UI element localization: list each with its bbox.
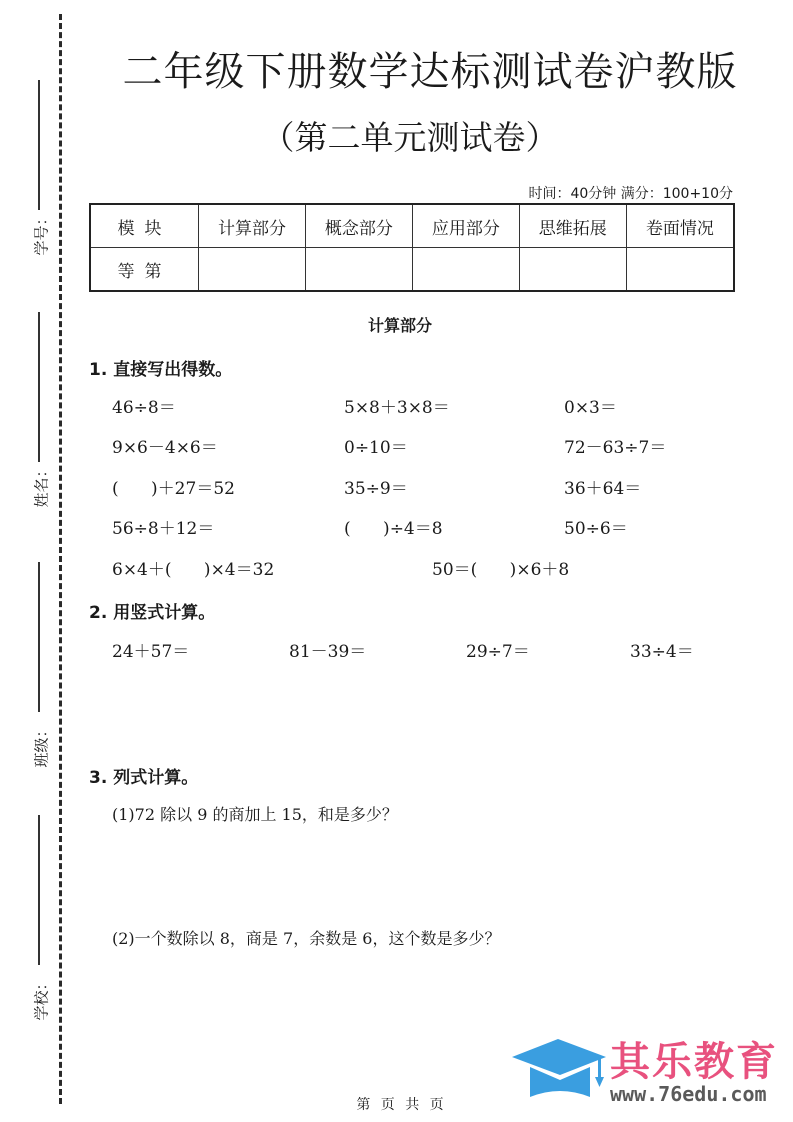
page-subtitle: （第二单元测试卷） [80,112,740,159]
page-number: 第 页 共 页 [300,1094,500,1114]
q1-item: 0÷10＝ [344,433,408,458]
grade-cell-calculation[interactable] [199,248,306,292]
q1-item: ( )＋27＝52 [112,474,235,499]
brand-url: www.76edu.com [610,1082,767,1106]
school-label: 学校： [31,991,52,1021]
grade-cell-thinking[interactable] [519,248,626,292]
q2-item: 33÷4＝ [630,637,694,662]
question-2-heading: 2. 用竖式计算。 [89,598,215,623]
q2-item: 29÷7＝ [466,637,530,662]
graduation-cap-icon [510,1035,610,1110]
header-calculation: 计算部分 [199,204,306,248]
q3-item-2: (2)一个数除以 8，商是 7，余数是 6，这个数是多少？ [112,926,500,949]
q1-item: 46÷8＝ [112,393,176,418]
school-blank[interactable] [38,815,40,965]
header-application: 应用部分 [412,204,519,248]
grade-cell-application[interactable] [412,248,519,292]
header-neatness: 卷面情况 [626,204,734,248]
page-title: 二年级下册数学达标测试卷沪教版 [80,40,780,97]
grade-cell-neatness[interactable] [626,248,734,292]
student-id-blank[interactable] [38,80,40,210]
section-title: 计算部分 [80,313,720,336]
class-field[interactable]: 班级： [22,562,52,782]
score-table-header-row: 模块 计算部分 概念部分 应用部分 思维拓展 卷面情况 [90,204,734,248]
header-concept: 概念部分 [305,204,412,248]
header-thinking: 思维拓展 [519,204,626,248]
q2-item: 81－39＝ [289,637,366,662]
question-1-heading: 1. 直接写出得数。 [89,355,232,380]
name-label: 姓名： [31,478,52,508]
score-table: 模块 计算部分 概念部分 应用部分 思维拓展 卷面情况 等第 [89,203,735,292]
class-blank[interactable] [38,562,40,712]
q1-item: 5×8＋3×8＝ [344,393,450,418]
q1-item: 56÷8＋12＝ [112,514,214,539]
q1-item: ( )÷4＝8 [344,514,443,539]
score-table-grade-row: 等第 [90,248,734,292]
student-id-field[interactable]: 学号： [22,80,52,280]
q1-item: 6×4＋( )×4＝32 [112,555,274,580]
student-id-label: 学号： [31,226,52,256]
q2-item: 24＋57＝ [112,637,189,662]
q1-item: 36＋64＝ [564,474,641,499]
name-blank[interactable] [38,312,40,462]
name-field[interactable]: 姓名： [22,312,52,512]
q3-item-1: (1)72 除以 9 的商加上 15，和是多少？ [112,802,398,825]
q1-item: 9×6－4×6＝ [112,433,218,458]
q1-item: 0×3＝ [564,393,617,418]
brand-logo: 其乐教育 www.76edu.com [510,1030,790,1115]
q1-item: 50÷6＝ [564,514,628,539]
module-label: 模块 [90,204,199,248]
cut-line [59,14,62,1104]
q1-item: 35÷9＝ [344,474,408,499]
exam-meta: 时间：40分钟 满分：100+10分 [528,183,733,203]
school-field[interactable]: 学校： [22,815,52,1035]
brand-name: 其乐教育 [610,1030,778,1087]
q1-item: 72－63÷7＝ [564,433,666,458]
question-3-heading: 3. 列式计算。 [89,763,198,788]
grade-cell-concept[interactable] [305,248,412,292]
q1-item: 50＝( )×6＋8 [432,555,569,580]
grade-label: 等第 [90,248,199,292]
binding-margin: 学号： 姓名： 班级： 学校： [0,0,70,1122]
class-label: 班级： [31,738,52,768]
